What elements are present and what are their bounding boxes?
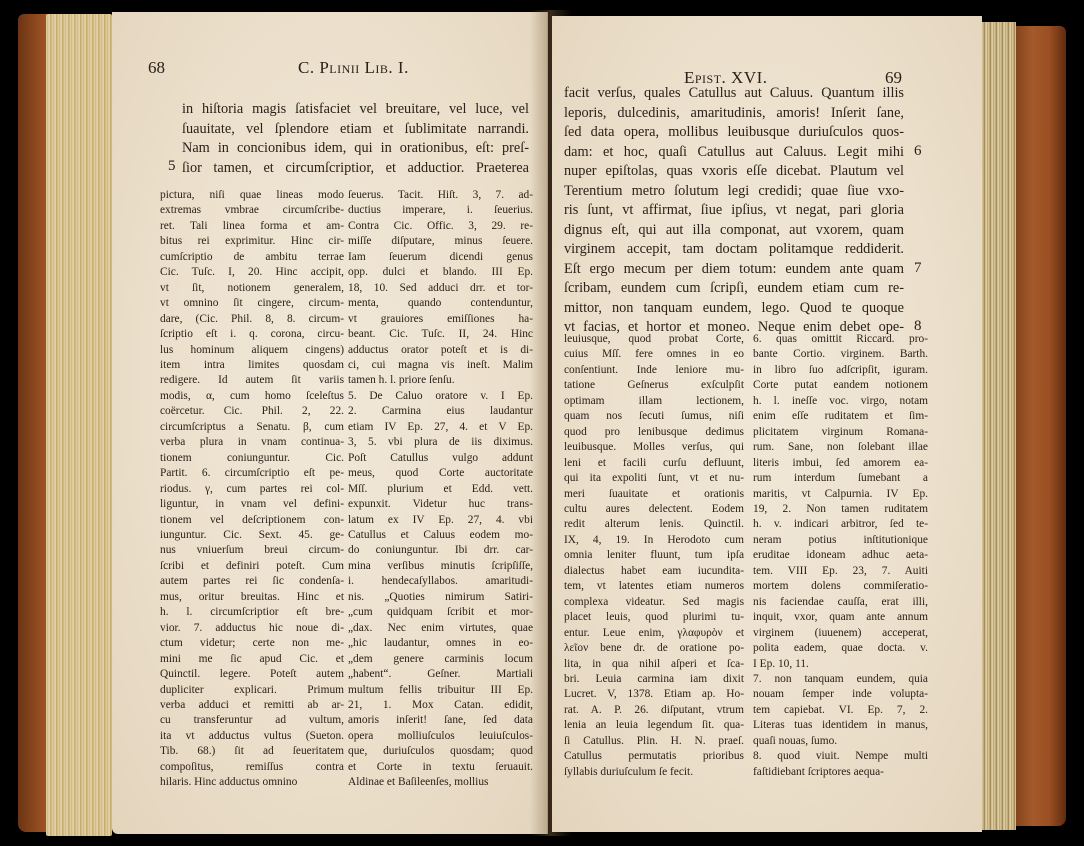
note-line: ſi Catullus. Plin. H. N. praeſ.: [564, 734, 744, 749]
note-line: neram potius inſtitutionique: [753, 533, 928, 548]
note-line: Corte putat eandem notionem: [753, 378, 928, 393]
note-line: dare, (Cic. Phil. 8, 8. circum-: [160, 312, 344, 327]
note-line: 8. quod viuit. Nempe multi: [753, 749, 928, 764]
note-line: extremas vmbrae circumſcribe-: [160, 203, 344, 218]
note-line: leuiusque, quod probat Corte,: [564, 332, 744, 347]
note-line: nus vniuerſum breui circum-: [160, 543, 344, 558]
note-line: literis imbui, ſed amorem ea-: [753, 456, 928, 471]
note-line: placet leuis, quod plurimi tu-: [564, 610, 744, 625]
note-line: nouam ſemper inde volupta-: [753, 687, 928, 702]
note-line: miſſe diſputare, minus ſeuere.: [348, 234, 533, 249]
note-line: maritis, vt Calpurnia. IV Ep.: [753, 487, 928, 502]
note-line: ctum videtur; certe non me-: [160, 636, 344, 651]
note-line: eruditae idoneam adhuc aeta-: [753, 548, 928, 563]
note-line: dupliciter explicari. Primum: [160, 683, 344, 698]
margin-number: 5: [168, 158, 176, 175]
note-line: item intra limites quosdam: [160, 358, 344, 373]
note-line: in libro ſuo adſcripſit, iguram.: [753, 363, 928, 378]
note-line: lus hominum aliquem cingens): [160, 343, 344, 358]
text-line: virginem accepit, tam doctam politamque …: [564, 240, 904, 260]
note-line: 18, 10. Sed adduci drr. et tor-: [348, 281, 533, 296]
text-line: dam: et hoc, quaſi Catullus aut Caluus. …: [564, 143, 904, 163]
note-line: opera molliuſculos leuiuſculos-: [348, 729, 533, 744]
note-line: conſentiunt. Inde leniore mu-: [564, 363, 744, 378]
text-line: Terentium metro ſolutum legi credidi; qu…: [564, 182, 904, 202]
note-line: λεῖον bene dr. de oratione po-: [564, 641, 744, 656]
note-line: tionem coniunguntur. Cic.: [160, 451, 344, 466]
note-line: ci, cui magna vis ineſt. Malim: [348, 358, 533, 373]
note-line: cultu aures delectent. Eodem: [564, 502, 744, 517]
note-line: verba plura in vnam continua-: [160, 435, 344, 450]
note-line: tem, vt latentes etiam numeros: [564, 579, 744, 594]
note-line: modis, α, cum homo ſceleſtus: [160, 389, 344, 404]
note-line: et Corte in textu ſeruauit.: [348, 760, 533, 775]
note-line: Poſt Catullus vulgo addunt: [348, 451, 533, 466]
note-line: ſcriptio eſt i. q. corona, circu-: [160, 327, 344, 342]
note-line: tatione Geſnerus exſculpſit: [564, 378, 744, 393]
note-line: meus, quod Corte auctoritate: [348, 466, 533, 481]
note-line: ret. Tali linea forma et am-: [160, 219, 344, 234]
note-line: bri. Leuia carmina iam dixit: [564, 672, 744, 687]
note-line: bante Cortio. virginem. Barth.: [753, 347, 928, 362]
note-line: quaſi nouas, ſumo.: [753, 734, 928, 749]
text-line: Nam in concionibus idem, qui in orationi…: [182, 139, 529, 159]
page-number: 68: [148, 58, 165, 78]
note-line: plicitatem virginum Romana-: [753, 425, 928, 440]
note-line: cu transferuntur ad vultum,: [160, 713, 344, 728]
note-line: tem. VIII Ep. 23, 7. Auiti: [753, 564, 928, 579]
text-line: ſcribam, eundem cum ſcripſi, eundem etia…: [564, 279, 904, 299]
note-line: 19, 2. Non tamen ruditatem: [753, 502, 928, 517]
note-line: pictura, niſi quae lineas modo: [160, 188, 344, 203]
book-cover-right: [1010, 26, 1066, 826]
note-line: leni et facili curſu defluunt,: [564, 456, 744, 471]
note-line: mini me ſic apud Cic. et: [160, 652, 344, 667]
note-line: nis faciendae cauſſa, erat illi,: [753, 595, 928, 610]
note-line: ſyllabis duriuſculum ſe fecit.: [564, 765, 744, 780]
notes-column-2: ſeuerus. Tacit. Hiſt. 3, 7. ad-ductius i…: [348, 188, 533, 791]
note-line: redigere. Id autem ſit variis: [160, 373, 344, 388]
text-line: ſuauitate, vel ſplendore etiam et ſublim…: [182, 120, 529, 140]
note-line: dialectus habet eam iucundita-: [564, 564, 744, 579]
note-line: lenia an leuia legendum ſit. qua-: [564, 718, 744, 733]
note-line: vt omnino ſit cingere, circum-: [160, 296, 344, 311]
note-line: compoſitus, remiſſus contra: [160, 760, 344, 775]
note-line: Quinctil. legere. Poteſt autem: [160, 667, 344, 682]
note-line: do coniunguntur. Ibi drr. car-: [348, 543, 533, 558]
text-line: ſed data opera, mollibus leuibusque duri…: [564, 123, 904, 143]
note-line: vior. 7. adductus hic noue di-: [160, 621, 344, 636]
note-line: Cic. Tuſc. I, 20. Hinc accipit,: [160, 265, 344, 280]
note-line: Partit. 6. circumſcriptio eſt pe-: [160, 466, 344, 481]
note-line: quod pro lenibusque dedimus: [564, 425, 744, 440]
note-line: Tib. 68.) ſit ad ſeueritatem: [160, 744, 344, 759]
note-line: ſeuerus. Tacit. Hiſt. 3, 7. ad-: [348, 188, 533, 203]
note-line: virginem (iuuenem) acceperat,: [753, 626, 928, 641]
note-line: Catullus et Caluus eodem mo-: [348, 528, 533, 543]
note-line: menta, quando contenduntur,: [348, 296, 533, 311]
note-line: rum interdum ſumebant a: [753, 471, 928, 486]
running-head: C. Plinii Lib. I.: [298, 58, 409, 78]
note-line: vt grauiores emiſſiones ha-: [348, 312, 533, 327]
note-line: redit alterum lenis. Quinctil.: [564, 517, 744, 532]
note-line: tionem vel deſcriptionem con-: [160, 513, 344, 528]
note-line: rum. Sane, non ſolebant illae: [753, 440, 928, 455]
note-line: optimam illam lectionem,: [564, 394, 744, 409]
margin-number: 6: [914, 143, 922, 160]
note-line: rat. A. P. 26. diſputant, vtrum: [564, 703, 744, 718]
note-line: h. l. ineſſe voc. virgo, notam: [753, 394, 928, 409]
note-line: iunguntur. Cic. Sext. 45. ge-: [160, 528, 344, 543]
note-line: amoris inſerit! ſane, ſed data: [348, 713, 533, 728]
note-line: vt ſit, notionem generalem,: [160, 281, 344, 296]
note-line: 5. De Caluo oratore v. I Ep.: [348, 389, 533, 404]
text-line: dignus eſt, qui aut illa componat, aut v…: [564, 221, 904, 241]
note-line: que, duriuſculos quosdam; quod: [348, 744, 533, 759]
note-line: etiam IV Ep. 27, 4. et V Ep.: [348, 420, 533, 435]
note-line: enim eſſe ruditatem et ſim-: [753, 409, 928, 424]
note-line: Contra Cic. Offic. 3, 29. re-: [348, 219, 533, 234]
note-line: mina verſibus minutis ſcripſiſſe,: [348, 559, 533, 574]
note-line: circumſcriptus a Senatu. β, cum: [160, 420, 344, 435]
page-edges-right: [980, 22, 1016, 830]
note-line: Mſſ. plurium et Edd. vett.: [348, 482, 533, 497]
text-line: facit verſus, quales Catullus aut Caluus…: [564, 84, 904, 104]
text-line: mittor, non tanquam eundem, lego. Quod t…: [564, 299, 904, 319]
notes-column-2: 6. quas omittit Riccard. pro-bante Corti…: [753, 332, 928, 780]
note-line: Catullus permutatis prioribus: [564, 749, 744, 764]
note-line: 7. non tanquam eundem, quia: [753, 672, 928, 687]
text-line: Eſt ergo mecum per diem totum: eundem an…: [564, 260, 904, 280]
note-line: cumſcriptio de ambitu terrae: [160, 250, 344, 265]
note-line: expunxit. Videtur huc trans-: [348, 497, 533, 512]
note-line: 2. Carmina eius laudantur: [348, 404, 533, 419]
note-line: lita, in qua nihil aſperi et ſca-: [564, 657, 744, 672]
note-line: ita vt adductus vultus (Sueton.: [160, 729, 344, 744]
note-line: hilaris. Hinc adductus omnino: [160, 775, 344, 790]
margin-number: 7: [914, 260, 922, 277]
note-line: h. v. indicari arbitror, ſed te-: [753, 517, 928, 532]
note-line: leuibusque. Molles verſus, qui: [564, 440, 744, 455]
note-line: h. l. circumſcriptior eſt bre-: [160, 605, 344, 620]
note-line: 6. quas omittit Riccard. pro-: [753, 332, 928, 347]
notes-column-1: leuiusque, quod probat Corte,cuius Mſſ. …: [564, 332, 744, 780]
note-line: inquit, vxor, quam ante annum: [753, 610, 928, 625]
note-line: complexa videatur. Sed magis: [564, 595, 744, 610]
note-line: entur. Leue enim, γλαφυρὸν et: [564, 626, 744, 641]
note-line: nis. „Quoties nimirum Satiri-: [348, 590, 533, 605]
right-page: Epist. XVI. 69 facit verſus, quales Catu…: [552, 16, 982, 832]
note-line: „dem genere carminis locum: [348, 652, 533, 667]
text-line: ſior tamen, et circumſcriptior, et adduc…: [182, 159, 529, 179]
left-page: 68 C. Plinii Lib. I. in hiſtoria magis ſ…: [112, 12, 548, 834]
page-edges-left: [46, 14, 112, 836]
note-line: Aldinae et Baſileenſes, mollius: [348, 775, 533, 790]
note-line: opp. dulci et blando. III Ep.: [348, 265, 533, 280]
note-line: „cum quidquam ſcribit et mor-: [348, 605, 533, 620]
note-line: i. hendecaſyllabos. amaritudi-: [348, 574, 533, 589]
note-line: autem partes rei ſic condenſa-: [160, 574, 344, 589]
note-line: liguntur, in vnam vel defini-: [160, 497, 344, 512]
note-line: „habent“. Geſner. Martiali: [348, 667, 533, 682]
notes-column-1: pictura, niſi quae lineas modoextremas v…: [160, 188, 344, 791]
note-line: cuius Mſſ. fere omnes in eo: [564, 347, 744, 362]
text-line: leporis, dulcedinis, amaritudinis, amori…: [564, 104, 904, 124]
note-line: beant. Cic. Tuſc. II, 24. Hinc: [348, 327, 533, 342]
note-line: mortem dolens commiſeratio-: [753, 579, 928, 594]
note-line: multum fellis tribuitur III Ep.: [348, 683, 533, 698]
note-line: IX, 4, 19. In Herodoto cum: [564, 533, 744, 548]
note-line: „dax. Nec enim virtutes, quae: [348, 621, 533, 636]
note-line: coërcetur. Cic. Phil. 2, 22.: [160, 404, 344, 419]
note-line: I Ep. 10, 11.: [753, 657, 928, 672]
main-text: in hiſtoria magis ſatisfaciet vel breuit…: [182, 100, 529, 178]
note-line: quam nos ſecuti ſumus, niſi: [564, 409, 744, 424]
note-line: 21, 1. Mox Catan. edidit,: [348, 698, 533, 713]
note-line: omnia leniter fluunt, tum ipſa: [564, 548, 744, 563]
text-line: nuper epiſtolas, quas vxoris eſſe diceba…: [564, 162, 904, 182]
note-line: polita eadem, quae docta. v.: [753, 641, 928, 656]
note-line: „hic laudantur, omnes in eo-: [348, 636, 533, 651]
note-line: ſcribi et definiri poteſt. Cum: [160, 559, 344, 574]
note-line: ductius imperare, i. ſeuerius.: [348, 203, 533, 218]
note-line: Lucret. V, 1378. Etiam ap. Ho-: [564, 687, 744, 702]
note-line: riodus. γ, cum partes rei col-: [160, 482, 344, 497]
note-line: faſtidiebant ſcriptores aequa-: [753, 765, 928, 780]
note-line: 3, 5. vbi plura de iis diximus.: [348, 435, 533, 450]
text-line: ris ſunt, vt affirmat, ſiue ipſius, vt n…: [564, 201, 904, 221]
note-line: Literas tuas identidem in manus,: [753, 718, 928, 733]
text-line: in hiſtoria magis ſatisfaciet vel breuit…: [182, 100, 529, 120]
main-text: facit verſus, quales Catullus aut Caluus…: [564, 84, 904, 338]
note-line: tamen h. l. priore ſenſu.: [348, 373, 533, 388]
note-line: verba adduci et remitti ab ar-: [160, 698, 344, 713]
note-line: meri ſuauitate et orationis: [564, 487, 744, 502]
note-line: Iam ſeuerum dicendi genus: [348, 250, 533, 265]
note-line: tem capiebat. VI. Ep. 7, 2.: [753, 703, 928, 718]
note-line: adductus orator poteſt et is di-: [348, 343, 533, 358]
note-line: bitus rei exprimitur. Hinc cir-: [160, 234, 344, 249]
note-line: qui ita expoliti ſunt, vt et nu-: [564, 471, 744, 486]
note-line: mus, oritur breuitas. Hinc et: [160, 590, 344, 605]
note-line: latum ex IV Ep. 27, 4. vbi: [348, 513, 533, 528]
